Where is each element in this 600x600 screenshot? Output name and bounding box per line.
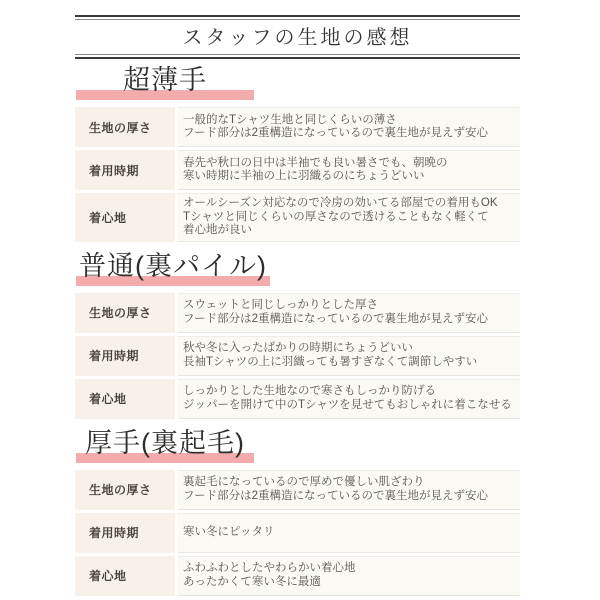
page-title: スタッフの生地の感想 [75,26,520,48]
row-value: スウェットと同じしっかりとした厚さ フード部分は2重構造になっているので裏生地が… [178,293,520,333]
section-heading-text: 普通(裏パイル) [79,251,267,281]
table-row: 着心地 しっかりとした生地なので寒さもしっかり防げる ジッパーを開けて中のTシャ… [75,379,520,419]
section-thick-brushed: 厚手(裏起毛) 生地の厚さ 裏起毛になっているので厚めで優しい肌ざわり フード部… [75,422,520,596]
row-value: オールシーズン対応なので冷房の効いてる部屋での着用もOK Tシャツと同じくらいの… [178,193,520,242]
table-row: 着心地 オールシーズン対応なので冷房の効いてる部屋での着用もOK Tシャツと同じ… [75,193,520,242]
section-heading-text: 超薄手 [123,65,207,95]
table-row: 着用時期 春先や秋口の日中は半袖でも良い暑さでも、朝晩の 寒い時期に半袖の上に羽… [75,150,520,190]
table-row: 着用時期 秋や冬に入ったばかりの時期にちょうどいい 長袖Tシャツの上に羽織っても… [75,336,520,376]
section-heading-thick-brushed: 厚手(裏起毛) [79,427,251,464]
row-value: 秋や冬に入ったばかりの時期にちょうどいい 長袖Tシャツの上に羽織っても暑すぎなく… [178,336,520,376]
row-label: 着心地 [75,193,175,242]
row-value: 春先や秋口の日中は半袖でも良い暑さでも、朝晩の 寒い時期に半袖の上に羽織るのにち… [178,150,520,190]
row-value: ふわふわとしたやわらかい着心地 あったかくて寒い冬に最適 [178,556,520,596]
section-heading-ultra-thin: 超薄手 [79,64,251,101]
row-label: 着用時期 [75,513,175,553]
section-normal-pile: 普通(裏パイル) 生地の厚さ スウェットと同じしっかりとした厚さ フード部分は2… [75,245,520,419]
title-box: スタッフの生地の感想 [75,15,520,59]
row-value: 寒い冬にピッタリ [178,513,520,553]
row-label: 着用時期 [75,336,175,376]
row-value: 一般的なTシャツ生地と同じくらいの薄さ フード部分は2重構造になっているので裏生… [178,107,520,147]
section-heading-normal-pile: 普通(裏パイル) [79,250,267,287]
title-box-inner: スタッフの生地の感想 [75,19,520,55]
table-row: 着用時期 寒い冬にピッタリ [75,513,520,553]
row-label: 生地の厚さ [75,470,175,510]
table-row: 生地の厚さ 一般的なTシャツ生地と同じくらいの薄さ フード部分は2重構造になって… [75,107,520,147]
row-label: 着心地 [75,379,175,419]
row-label: 着心地 [75,556,175,596]
staff-fabric-impressions-panel: スタッフの生地の感想 超薄手 生地の厚さ 一般的なTシャツ生地と同じくらいの薄さ… [0,0,600,596]
section-ultra-thin: 超薄手 生地の厚さ 一般的なTシャツ生地と同じくらいの薄さ フード部分は2重構造… [75,59,520,242]
row-label: 着用時期 [75,150,175,190]
table-row: 生地の厚さ 裏起毛になっているので厚めで優しい肌ざわり フード部分は2重構造にな… [75,470,520,510]
row-label: 生地の厚さ [75,293,175,333]
section-heading-text: 厚手(裏起毛) [85,428,245,458]
row-label: 生地の厚さ [75,107,175,147]
table-row: 生地の厚さ スウェットと同じしっかりとした厚さ フード部分は2重構造になっている… [75,293,520,333]
row-value: 裏起毛になっているので厚めで優しい肌ざわり フード部分は2重構造になっているので… [178,470,520,510]
row-value: しっかりとした生地なので寒さもしっかり防げる ジッパーを開けて中のTシャツを見せ… [178,379,520,419]
table-row: 着心地 ふわふわとしたやわらかい着心地 あったかくて寒い冬に最適 [75,556,520,596]
